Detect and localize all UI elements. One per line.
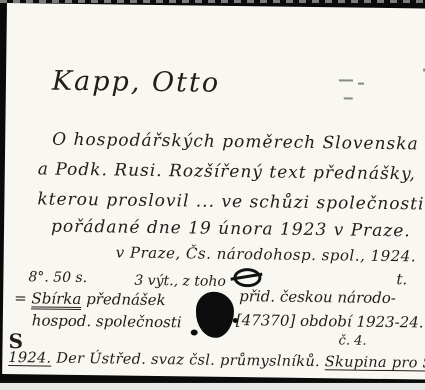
- bottom-cross-reference: 1924. Der Ústřed. svaz čsl. průmyslníků.…: [8, 350, 425, 372]
- ink-blot: [196, 292, 235, 338]
- series-note-line-1: = Sbírka přednášek: [14, 289, 166, 309]
- title-line-3: kterou proslovil ... ve schůzi společnos…: [37, 189, 424, 214]
- bottom-note-tail: Skupina pro Sloven.: [325, 354, 425, 372]
- accession-line-1: přid. českou národo-: [239, 287, 396, 307]
- series-prefix: =: [14, 289, 32, 307]
- right-margin-mark: t.: [396, 270, 407, 288]
- title-line-1: O hospodářských poměrech Slovenska: [52, 130, 419, 155]
- copies-note-text: 3 výt., z toho: [134, 273, 226, 290]
- bottom-note-middle: Der Ústřed. svaz čsl. průmyslníků.: [51, 351, 325, 371]
- bottom-note-year: 1924.: [8, 350, 51, 367]
- author-heading: Kapp, Otto: [52, 66, 220, 99]
- accession-line-2: [47370] období 1923-24.: [236, 311, 424, 331]
- scan-top-edge: [0, 0, 425, 3]
- title-line-4: pořádané dne 19 února 1923 v Praze.: [51, 217, 411, 242]
- scan-bottom-strip: [0, 382, 425, 390]
- series-rest: přednášek: [81, 290, 166, 309]
- scan-noise-mark: [339, 79, 353, 81]
- scan-noise-mark: [358, 83, 364, 85]
- accession-line-3: č. 4.: [339, 333, 367, 348]
- crossed-out-word-mark: [234, 268, 262, 287]
- series-note-line-2: hospod. společnosti: [32, 311, 182, 331]
- imprint-line: v Praze, Čs. národohosp. spol., 1924.: [116, 243, 417, 265]
- catalog-card: Kapp, Otto O hospodářských poměrech Slov…: [2, 3, 425, 380]
- title-line-2: a Podk. Rusi. Rozšířený text přednášky,: [38, 159, 416, 184]
- catalog-card-scan: Kapp, Otto O hospodářských poměrech Slov…: [0, 0, 425, 390]
- scan-noise-mark: [344, 97, 353, 99]
- format-note: 8°. 50 s.: [28, 269, 87, 286]
- series-underlined-word: Sbírka: [31, 289, 81, 310]
